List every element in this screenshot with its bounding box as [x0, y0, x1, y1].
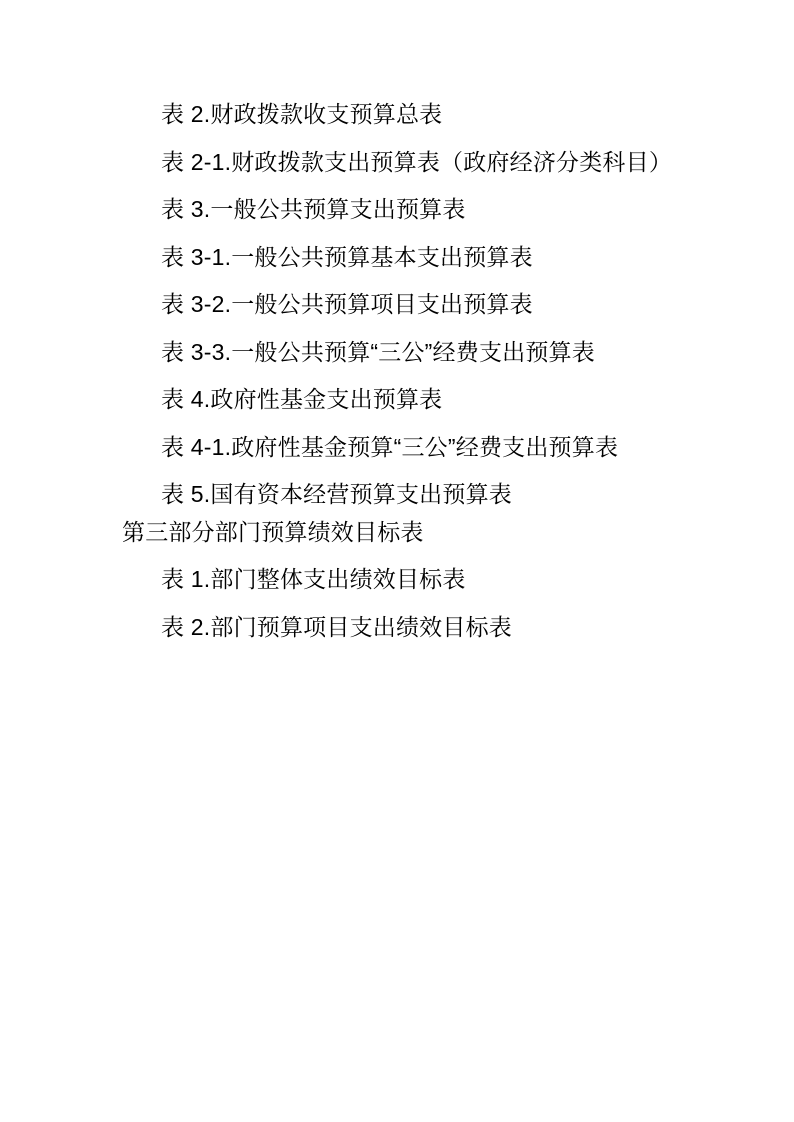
toc-entry: 表 3-3.一般公共预算“三公”经费支出预算表 [122, 329, 754, 377]
toc-entry: 表 4.政府性基金支出预算表 [122, 376, 754, 424]
toc-entry: 表 3.一般公共预算支出预算表 [122, 186, 754, 234]
document-page: 表 2.财政拨款收支预算总表表 2-1.财政拨款支出预算表（政府经济分类科目）表… [0, 0, 794, 1122]
toc-entry: 表 3-2.一般公共预算项目支出预算表 [122, 281, 754, 329]
toc-entry: 表 3-1.一般公共预算基本支出预算表 [122, 234, 754, 282]
toc-entry: 表 4-1.政府性基金预算“三公”经费支出预算表 [122, 424, 754, 472]
toc-entry: 表 1.部门整体支出绩效目标表 [122, 556, 754, 604]
toc-entry: 表 2.财政拨款收支预算总表 [122, 91, 754, 139]
toc-entry: 表 2-1.财政拨款支出预算表（政府经济分类科目） [122, 139, 754, 187]
table-of-contents: 表 2.财政拨款收支预算总表表 2-1.财政拨款支出预算表（政府经济分类科目）表… [0, 0, 794, 651]
toc-entry: 表 2.部门预算项目支出绩效目标表 [122, 604, 754, 652]
